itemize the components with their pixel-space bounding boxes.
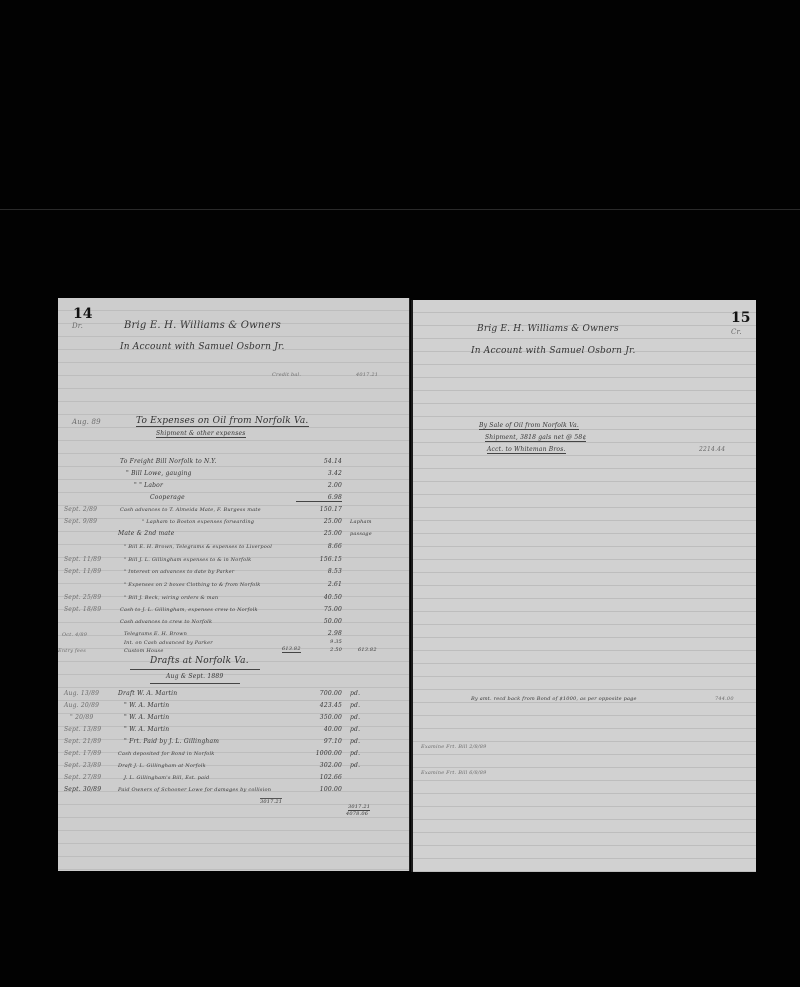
- sale-amount: 2214.44: [699, 446, 725, 453]
- draft-note: pd.: [350, 690, 360, 697]
- entry-amount: 25.00: [296, 518, 342, 525]
- entry-desc: To Freight Bill Norfolk to N.Y.: [120, 458, 217, 465]
- draft-date: Aug. 20/89: [64, 702, 99, 709]
- section-date: Aug. 89: [72, 418, 101, 426]
- divider: [150, 683, 240, 684]
- entry-amount: 9.35: [296, 639, 342, 645]
- entry-desc: Cooperage: [150, 494, 185, 501]
- entry-desc: Telegrams E. H. Brown: [124, 631, 187, 637]
- credit-label: Cr.: [731, 328, 742, 336]
- entry-desc: " Bill J. L. Gillingham expenses to & in…: [124, 557, 251, 563]
- draft-note: pd.: [350, 702, 360, 709]
- page-number: 14: [73, 306, 92, 322]
- grand-subtotal: 3017.21: [348, 804, 370, 811]
- entry-amount: 2.98: [296, 630, 342, 637]
- draft-amount: 423.45: [296, 702, 342, 709]
- draft-date: Aug. 13/89: [64, 690, 99, 697]
- memo-note: Examine Frt. Bill 6/8/89: [421, 770, 487, 776]
- draft-desc: " W. A. Martin: [124, 726, 169, 733]
- draft-note: pd.: [350, 738, 360, 745]
- scan-artifact-line: [0, 209, 800, 210]
- entry-amount: 156.15: [296, 556, 342, 563]
- sale-line-1: By Sale of Oil from Norfolk Va.: [479, 422, 579, 430]
- draft-desc: " W. A. Martin: [124, 702, 169, 709]
- draft-desc: " W. A. Martin: [124, 714, 169, 721]
- entry-desc: " Bill Lowe, gauging: [126, 470, 192, 477]
- entry-date: Sept. 9/89: [64, 518, 97, 525]
- entry-amount: 8.53: [296, 568, 342, 575]
- entry-date: Entry fees: [58, 648, 86, 654]
- ledger-page-right: 15 Cr. Brig E. H. Williams & Owners In A…: [411, 300, 756, 872]
- entry-amount: 3.42: [296, 470, 342, 477]
- entry-date: Sept. 18/89: [64, 606, 101, 613]
- entry-amount: 25.00: [296, 530, 342, 537]
- carried-label: Credit bal.: [272, 372, 301, 378]
- draft-amount: 100.00: [296, 786, 342, 793]
- refund-amount: 744.00: [715, 696, 734, 702]
- section-subheading: Shipment & other expenses: [156, 430, 246, 438]
- entry-desc: Cash to J. L. Gillingham, expenses crew …: [120, 607, 258, 613]
- divider: [130, 669, 260, 670]
- draft-desc: Draft W. A. Martin: [118, 690, 177, 697]
- draft-desc: Paid Owners of Schooner Lowe for damages…: [118, 787, 271, 793]
- account-title: Brig E. H. Williams & Owners: [124, 320, 281, 331]
- entry-desc: Cash advances to T. Almeida Mate, F. Bur…: [120, 507, 261, 513]
- entry-desc: Cash advances to crew to Norfolk: [120, 619, 212, 625]
- draft-amount: 1000.00: [296, 750, 342, 757]
- draft-amount: 40.00: [296, 726, 342, 733]
- sale-line-2: Shipment, 3818 gals net @ 58¢: [485, 434, 586, 442]
- draft-date: Sept. 17/89: [64, 750, 101, 757]
- entry-note: Lapham: [350, 519, 372, 525]
- sale-line-3: Acct. to Whiteman Bros.: [487, 446, 566, 454]
- entry-amount: 6.98: [296, 494, 342, 502]
- entry-amount: 40.50: [296, 594, 342, 601]
- grand-total: 4078.06: [346, 811, 368, 817]
- entry-date: Sept. 25/89: [64, 594, 101, 601]
- entry-date: Sept. 11/89: [64, 556, 101, 563]
- draft-desc: " Frt. Paid by J. L. Gillingham: [124, 738, 219, 745]
- draft-date: Sept. 21/89: [64, 738, 101, 745]
- account-title: Brig E. H. Williams & Owners: [477, 324, 619, 334]
- entry-amount: 75.00: [296, 606, 342, 613]
- entry-date: Oct. 4/89: [62, 632, 87, 638]
- draft-note: pd.: [350, 726, 360, 733]
- draft-date: " 20/89: [70, 714, 93, 721]
- entry-desc: " Bill E. H. Brown, Telegrams & expenses…: [124, 544, 272, 550]
- debit-label: Dr.: [72, 322, 83, 330]
- draft-amount: 700.00: [296, 690, 342, 697]
- entry-desc: " Expenses on 2 boxes Clothing to & from…: [124, 582, 261, 588]
- entry-desc: Custom House: [124, 648, 163, 654]
- entry-desc: Mate & 2nd mate: [118, 530, 175, 537]
- memo-note: Examine Frt. Bill 2/8/89: [421, 744, 487, 750]
- ledger-page-left: 14 Dr. Brig E. H. Williams & Owners In A…: [58, 298, 410, 871]
- subtotal-left: 613.82: [282, 646, 301, 653]
- entry-desc: " Bill J. Beck, wiring orders & man: [124, 595, 218, 601]
- entry-amount: 2.61: [296, 581, 342, 588]
- draft-date: Sept. 13/89: [64, 726, 101, 733]
- draft-desc: J. L. Gillingham's Bill, Est. paid: [124, 775, 209, 781]
- entry-desc: " Interest on advances to date by Parker: [124, 569, 234, 575]
- draft-date: Sept. 23/89: [64, 762, 101, 769]
- account-subtitle: In Account with Samuel Osborn Jr.: [120, 342, 285, 352]
- draft-desc: Draft J. L. Gillingham at Norfolk: [118, 763, 206, 769]
- draft-amount: 350.00: [296, 714, 342, 721]
- entry-desc: Int. on Cash advanced by Parker: [124, 640, 213, 646]
- entry-amount: 2.00: [296, 482, 342, 489]
- entry-amount: 54.14: [296, 458, 342, 465]
- entry-desc: " Lapham to Boston expenses forwarding: [142, 519, 254, 525]
- entry-amount: 150.17: [296, 506, 342, 513]
- drafts-subtotal: 3017.21: [260, 798, 282, 805]
- drafts-subheading: Aug & Sept. 1889: [166, 673, 223, 680]
- draft-amount: 102.66: [296, 774, 342, 781]
- draft-note: pd.: [350, 762, 360, 769]
- draft-note: pd.: [350, 714, 360, 721]
- draft-date: Sept. 30/89: [64, 786, 101, 793]
- draft-date: Sept. 27/89: [64, 774, 101, 781]
- draft-amount: 302.00: [296, 762, 342, 769]
- subtotal-right: 613.82: [358, 647, 377, 653]
- entry-date: Sept. 2/89: [64, 506, 97, 513]
- entry-amount: 2.50: [296, 647, 342, 653]
- drafts-heading: Drafts at Norfolk Va.: [150, 656, 249, 666]
- refund-line: By amt. recd back from Bond of $1000, as…: [471, 696, 637, 702]
- entry-desc: " " Labor: [134, 482, 163, 489]
- entry-amount: 50.00: [296, 618, 342, 625]
- draft-note: pd.: [350, 750, 360, 757]
- entry-amount: 8.66: [296, 543, 342, 550]
- entry-note: passage: [350, 531, 372, 537]
- account-subtitle: In Account with Samuel Osborn Jr.: [471, 346, 636, 356]
- draft-amount: 97.10: [296, 738, 342, 745]
- carried-amount: 4017.21: [356, 372, 378, 378]
- page-number: 15: [731, 310, 750, 326]
- entry-date: Sept. 11/89: [64, 568, 101, 575]
- section-heading: To Expenses on Oil from Norfolk Va.: [136, 416, 309, 427]
- draft-desc: Cash deposited for Bond in Norfolk: [118, 751, 215, 757]
